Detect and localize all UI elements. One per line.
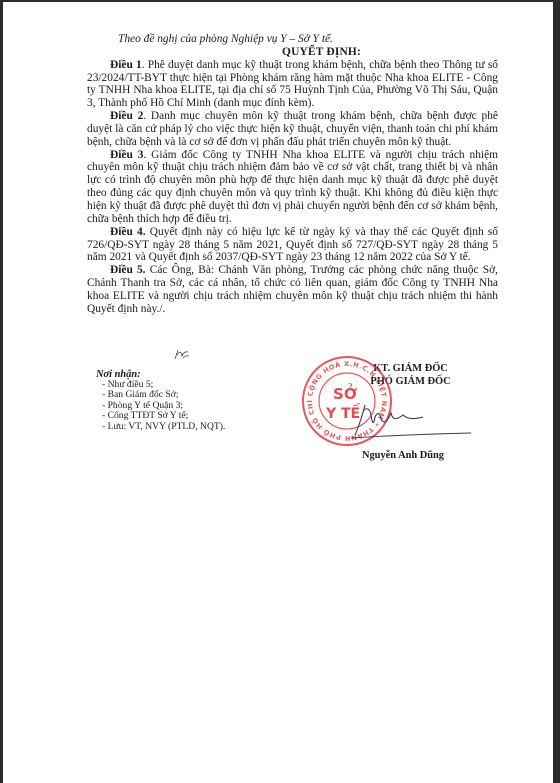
article-2: Điều 2. Danh mục chuyên môn kỹ thuật tro…	[87, 110, 498, 149]
article-label: Điều 3	[110, 149, 143, 161]
article-text: . Giám đốc Công ty TNHH Nha khoa ELITE v…	[87, 149, 498, 225]
article-text: Các Ông, Bà: Chánh Văn phòng, Trưởng các…	[87, 264, 498, 315]
article-label: Điều 5.	[110, 264, 146, 276]
article-5: Điều 5. Các Ông, Bà: Chánh Văn phòng, Tr…	[87, 264, 498, 315]
proposal-line: Theo đề nghị của phòng Nghiệp vụ Y – Sở …	[87, 33, 498, 46]
signer-name: Nguyễn Anh Dũng	[333, 450, 473, 461]
article-text: . Phê duyệt danh mục kỹ thuật trong khám…	[87, 59, 498, 110]
article-label: Điều 4.	[110, 226, 146, 238]
article-text: . Danh mục chuyên môn kỹ thuật trong khá…	[87, 110, 498, 148]
document-page: Theo đề nghị của phòng Nghiệp vụ Y – Sở …	[3, 2, 553, 783]
article-4: Điều 4. Quyết định này có hiệu lực kể từ…	[87, 226, 498, 265]
article-1: Điều 1. Phê duyệt danh mục kỹ thuật tron…	[87, 59, 498, 110]
recipients-list: Nơi nhận: - Như điều 5; - Ban Giám đốc S…	[102, 369, 225, 432]
signature-icon	[351, 399, 476, 449]
recipient-item: - Lưu: VT, NVY (PTLD, NQT).	[102, 422, 225, 432]
initials-mark-icon	[173, 347, 191, 361]
article-label: Điều 2	[110, 110, 143, 122]
document-body: Theo đề nghị của phòng Nghiệp vụ Y – Sở …	[87, 33, 498, 316]
article-label: Điều 1	[110, 59, 142, 71]
article-3: Điều 3. Giám đốc Công ty TNHH Nha khoa E…	[87, 149, 498, 226]
decision-title: QUYẾT ĐỊNH:	[87, 46, 498, 59]
article-text: Quyết định này có hiệu lực kể từ ngày ký…	[87, 226, 498, 264]
